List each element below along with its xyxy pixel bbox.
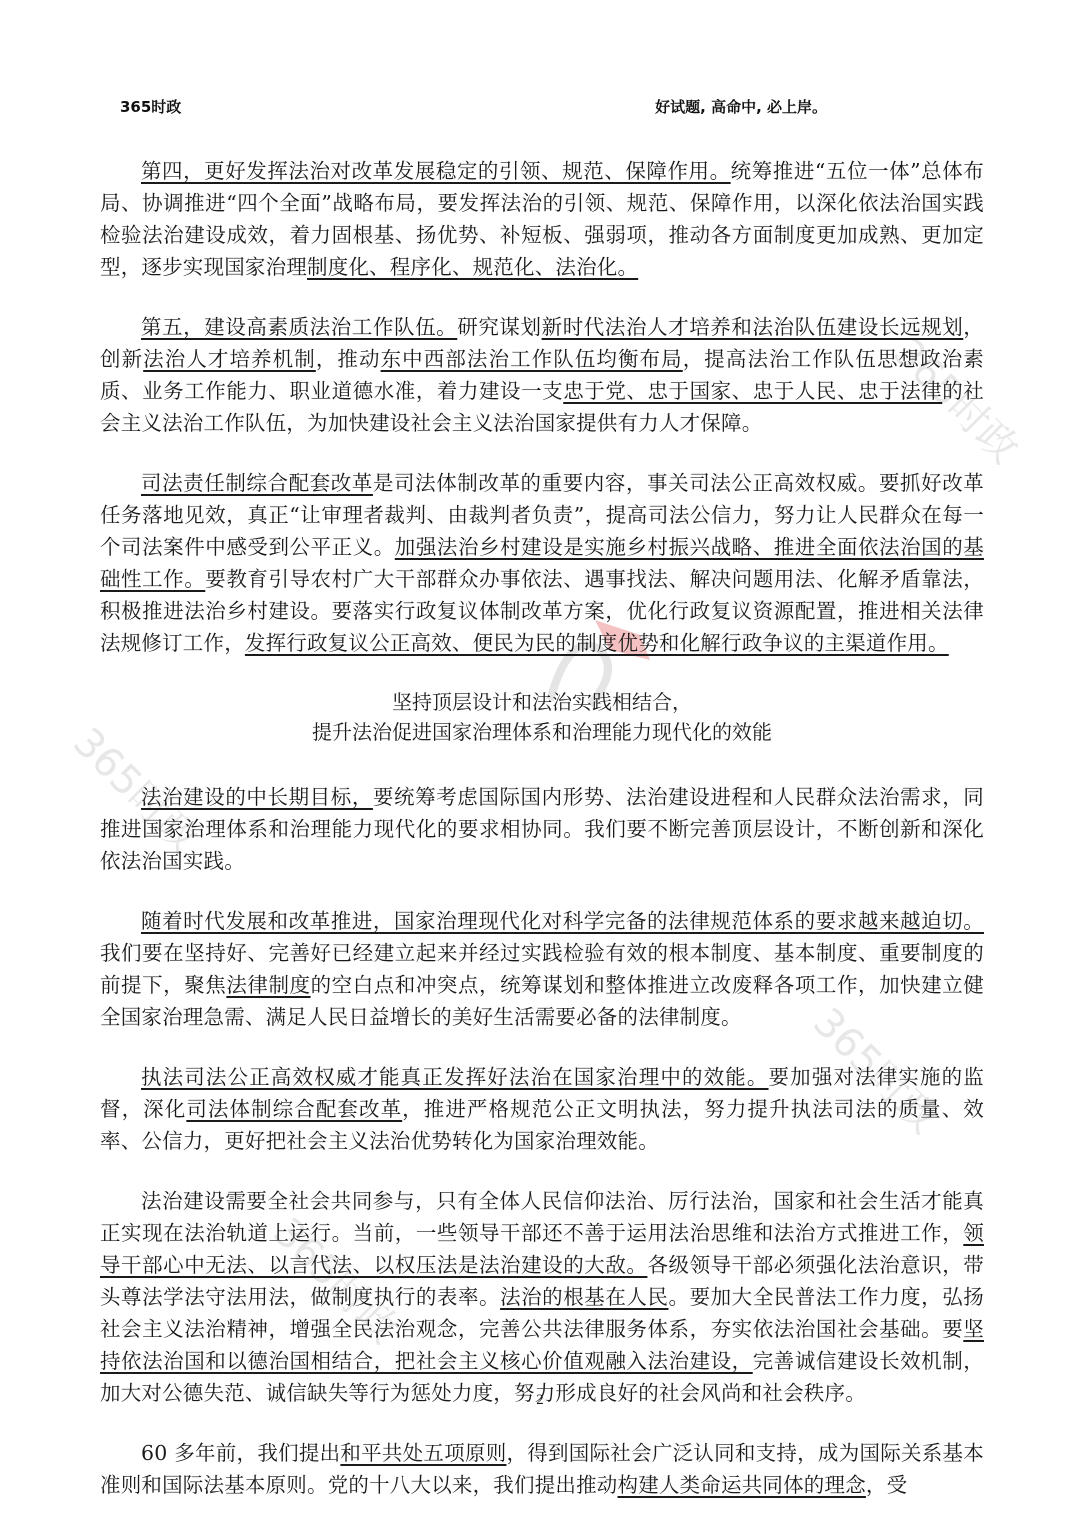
header-slogan: 好试题, 高命中, 必上岸。 <box>655 96 827 117</box>
page-number: 2 <box>0 1392 1080 1409</box>
paragraph: 第四，更好发挥法治对改革发展稳定的引领、规范、保障作用。统筹推进“五位一体”总体… <box>100 155 984 283</box>
underlined-emphasis: 执法司法公正高效权威才能真正发挥好法治在国家治理中的效能。 <box>141 1065 769 1089</box>
underlined-emphasis: 发挥行政复议公正高效、便民为民的制度优势和化解行政争议的主渠道作用。 <box>245 631 949 655</box>
underlined-emphasis: 构建人类命运共同体的理念 <box>618 1473 866 1497</box>
document-body: 第四，更好发挥法治对改革发展稳定的引领、规范、保障作用。统筹推进“五位一体”总体… <box>100 155 984 1527</box>
underlined-emphasis: 和平共处五项原则 <box>340 1441 506 1465</box>
paragraph: 司法责任制综合配套改革是司法体制改革的重要内容，事关司法公正高效权威。要抓好改革… <box>100 467 984 659</box>
text-segment: ，受 <box>866 1473 907 1497</box>
text-segment: 法治建设需要全社会共同参与，只有全体人民信仰法治、厉行法治，国家和社会生活才能真… <box>100 1189 984 1245</box>
underlined-emphasis: 制度化、程序化、规范化、法治化。 <box>307 255 638 279</box>
text-segment: 60 多年前，我们提出 <box>141 1441 340 1465</box>
underlined-emphasis: 随着时代发展和改革推进，国家治理现代化对科学完备的法律规范体系的要求越来越迫切。 <box>141 909 984 933</box>
paragraph: 法治建设的中长期目标，要统筹考虑国际国内形势、法治建设进程和人民群众法治需求，同… <box>100 781 984 877</box>
underlined-emphasis: 第五，建设高素质法治工作队伍。 <box>141 315 457 339</box>
text-segment: 研究谋划 <box>457 315 541 339</box>
underlined-emphasis: 法治建设的中长期目标， <box>141 785 373 809</box>
text-segment: ，推动 <box>316 347 381 371</box>
underlined-emphasis: 法治的根基在人民 <box>500 1285 668 1309</box>
paragraph: 第五，建设高素质法治工作队伍。研究谋划新时代法治人才培养和法治队伍建设长远规划，… <box>100 311 984 439</box>
underlined-emphasis: 司法体制综合配套改革 <box>186 1097 402 1121</box>
paragraph: 执法司法公正高效权威才能真正发挥好法治在国家治理中的效能。要加强对法律实施的监督… <box>100 1061 984 1157</box>
underlined-emphasis: 第四，更好发挥法治对改革发展稳定的引领、规范、保障作用。 <box>141 159 731 183</box>
page-header: 365时政 好试题, 高命中, 必上岸。 <box>0 96 1080 120</box>
underlined-emphasis: 法律制度 <box>226 973 310 997</box>
section-heading-line-1: 坚持顶层设计和法治实践相结合， <box>100 687 984 717</box>
underlined-emphasis: 法治人才培养机制 <box>143 347 316 371</box>
paragraph: 随着时代发展和改革推进，国家治理现代化对科学完备的法律规范体系的要求越来越迫切。… <box>100 905 984 1033</box>
paragraph: 法治建设需要全社会共同参与，只有全体人民信仰法治、厉行法治，国家和社会生活才能真… <box>100 1185 984 1409</box>
underlined-emphasis: 司法责任制综合配套改革 <box>141 471 373 495</box>
section-heading-line-2: 提升法治促进国家治理体系和治理能力现代化的效能 <box>100 717 984 747</box>
section-heading: 坚持顶层设计和法治实践相结合， 提升法治促进国家治理体系和治理能力现代化的效能 <box>100 687 984 747</box>
underlined-emphasis: 新时代法治人才培养和法治队伍建设长远规划 <box>542 315 964 339</box>
underlined-emphasis: 东中西部法治工作队伍均衡布局 <box>381 347 683 371</box>
header-brand: 365时政 <box>120 96 181 117</box>
underlined-emphasis: 忠于党、忠于国家、忠于人民、忠于法律 <box>563 379 942 403</box>
paragraph: 60 多年前，我们提出和平共处五项原则，得到国际社会广泛认同和支持，成为国际关系… <box>100 1437 984 1501</box>
paragraph-group-1: 第四，更好发挥法治对改革发展稳定的引领、规范、保障作用。统筹推进“五位一体”总体… <box>100 155 984 659</box>
